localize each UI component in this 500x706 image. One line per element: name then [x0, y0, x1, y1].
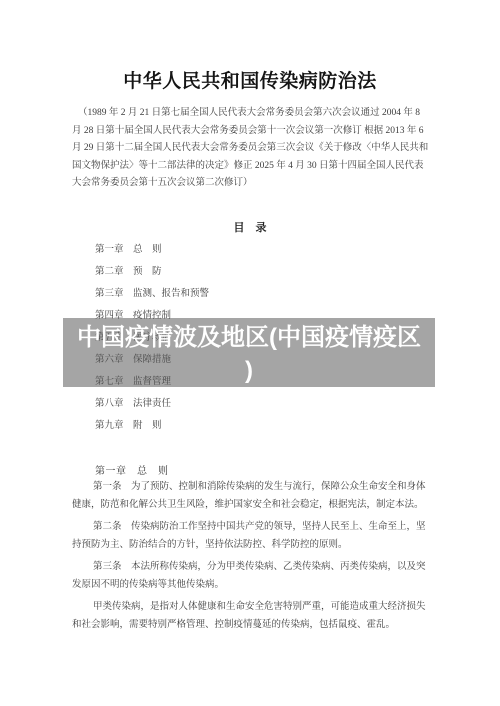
- toc-chapter-title: 监测、报告和预警: [133, 289, 209, 299]
- body-line: 第二条 传染病防治工作坚持中国共产党的领导，坚持人民至上、生命至上，坚: [72, 519, 426, 537]
- body-line: 和社会影响，需要特别严格管理、控制疫情蔓延的传染病，包括鼠疫、霍乱。: [72, 617, 426, 635]
- toc-row: 第三章监测、报告和预警: [95, 283, 209, 305]
- toc-chapter-number: 第一章: [95, 239, 124, 261]
- preamble-line: 月 28 日第十届全国人民代表大会常务委员会第十一次会议第一次修订 根据 201…: [72, 123, 434, 141]
- toc-row: 第一章总 则: [95, 239, 209, 261]
- toc-title: 目 录: [0, 219, 500, 235]
- preamble-line: （1989 年 2 月 21 日第七届全国人民代表大会常务委员会第六次会议通过 …: [72, 105, 434, 123]
- toc-chapter-number: 第八章: [95, 393, 124, 415]
- document-title: 中华人民共和国传染病防治法: [0, 66, 500, 93]
- body-line: 第一条 为了预防、控制和消除传染病的发生与流行，保障公众生命安全和身体: [72, 479, 426, 497]
- caption-overlay-line: ): [63, 354, 435, 387]
- toc-row: 第九章附 则: [95, 415, 209, 437]
- body-line: 第三条 本法所称传染病，分为甲类传染病、乙类传染病、丙类传染病，以及突: [72, 559, 426, 577]
- toc-chapter-title: 附 则: [133, 421, 162, 431]
- document-page: 中华人民共和国传染病防治法 （1989 年 2 月 21 日第七届全国人民代表大…: [0, 0, 500, 706]
- preamble-paragraph: （1989 年 2 月 21 日第七届全国人民代表大会常务委员会第六次会议通过 …: [72, 105, 434, 193]
- toc-chapter-title: 法律责任: [133, 399, 171, 409]
- chapter-1-heading: 第一章 总 则: [95, 462, 169, 477]
- body-line: 持预防为主、防治结合的方针，坚持依法防控、科学防控的原则。: [72, 537, 426, 555]
- preamble-line: 大会常务委员会第十五次会议第二次修订）: [72, 175, 434, 193]
- body-line: 发原因不明的传染病等其他传染病。: [72, 577, 426, 595]
- toc-chapter-number: 第九章: [95, 415, 124, 437]
- toc-row: 第二章预 防: [95, 261, 209, 283]
- toc-chapter-title: 预 防: [133, 267, 162, 277]
- body-text: 第一条 为了预防、控制和消除传染病的发生与流行，保障公众生命安全和身体健康，防范…: [72, 479, 426, 634]
- toc-row: 第八章法律责任: [95, 393, 209, 415]
- caption-overlay-line: 中国疫情波及地区(中国疫情疫区: [63, 321, 435, 354]
- toc-chapter-number: 第二章: [95, 261, 124, 283]
- caption-overlay-title: 中国疫情波及地区(中国疫情疫区): [63, 321, 435, 387]
- body-line: 健康，防范和化解公共卫生风险，维护国家安全和社会稳定，根据宪法，制定本法。: [72, 497, 426, 515]
- toc-chapter-title: 总 则: [133, 245, 162, 255]
- preamble-line: 国文物保护法〉等十二部法律的决定》修正 2025 年 4 月 30 日第十四届全…: [72, 158, 434, 176]
- toc-chapter-number: 第三章: [95, 283, 124, 305]
- preamble-line: 月 29 日第十二届全国人民代表大会常务委员会第三次会议《关于修改〈中华人民共和: [72, 140, 434, 158]
- body-line: 甲类传染病，是指对人体健康和生命安全危害特别严重，可能造成重大经济损失: [72, 599, 426, 617]
